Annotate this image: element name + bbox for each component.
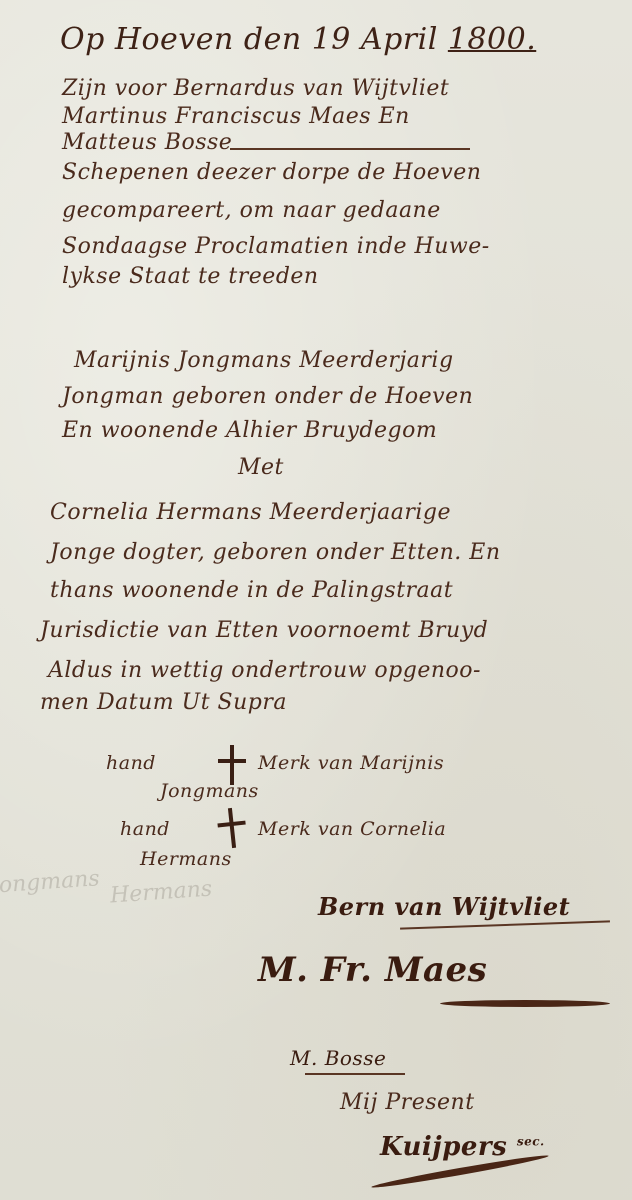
conjunction-met: Met xyxy=(238,455,284,480)
signature-flourish xyxy=(440,1000,610,1007)
body-line: lykse Staat te treeden xyxy=(62,264,319,289)
signature-bosse: M. Bosse xyxy=(290,1046,386,1070)
document-page: Jongmans Hermans Op Hoeven den 19 April … xyxy=(0,0,632,1200)
mark-prefix: hand xyxy=(106,752,156,774)
cross-mark-icon xyxy=(216,807,248,850)
bride-line: Aldus in wettig ondertrouw opgenoo- xyxy=(48,658,481,683)
heading-year: 1800. xyxy=(448,22,536,57)
mark-prefix: hand xyxy=(120,818,170,840)
groom-line: En woonende Alhier Bruydegom xyxy=(62,418,437,443)
attestation-title: sec. xyxy=(517,1134,545,1148)
signature-underline xyxy=(400,920,610,929)
attestation-label: Mij Present xyxy=(340,1090,475,1115)
body-line: Zijn voor Bernardus van Wijtvliet xyxy=(62,76,449,101)
body-line: Martinus Franciscus Maes En xyxy=(62,104,410,129)
attestation-name: Kuijpers xyxy=(380,1132,507,1162)
bleed-through-text: Hermans xyxy=(109,876,213,908)
bride-line: men Datum Ut Supra xyxy=(40,690,287,715)
body-line: Sondaagse Proclamatien inde Huwe- xyxy=(62,234,490,259)
bleed-through-text: Jongmans xyxy=(0,866,101,899)
cross-mark-icon xyxy=(218,745,246,785)
bride-line: thans woonende in de Palingstraat xyxy=(50,578,453,603)
groom-line: Jongman geboren onder de Hoeven xyxy=(62,384,473,409)
mark-label: Merk van Marijnis xyxy=(258,752,444,774)
signature-underline xyxy=(305,1073,405,1075)
bride-line: Jurisdictie van Etten voornoemt Bruyd xyxy=(40,618,488,643)
heading-place-date: Op Hoeven den 19 April xyxy=(60,22,438,57)
mark-label: Merk van Cornelia xyxy=(258,818,446,840)
bride-line: Cornelia Hermans Meerderjaarige xyxy=(50,500,451,525)
body-line: gecompareert, om naar gedaane xyxy=(62,198,441,223)
line-filler-stroke xyxy=(230,148,470,150)
signature-wijtvliet: Bern van Wijtvliet xyxy=(318,892,570,921)
signature-maes: M. Fr. Maes xyxy=(258,950,487,990)
mark-continuation: Jongmans xyxy=(160,780,259,802)
body-line: Schepenen deezer dorpe de Hoeven xyxy=(62,160,481,185)
heading: Op Hoeven den 19 April 1800. xyxy=(60,22,536,57)
bride-line: Jonge dogter, geboren onder Etten. En xyxy=(50,540,501,565)
body-line: Matteus Bosse xyxy=(62,130,232,155)
mark-continuation: Hermans xyxy=(140,848,232,870)
groom-line: Marijnis Jongmans Meerderjarig xyxy=(74,348,454,373)
